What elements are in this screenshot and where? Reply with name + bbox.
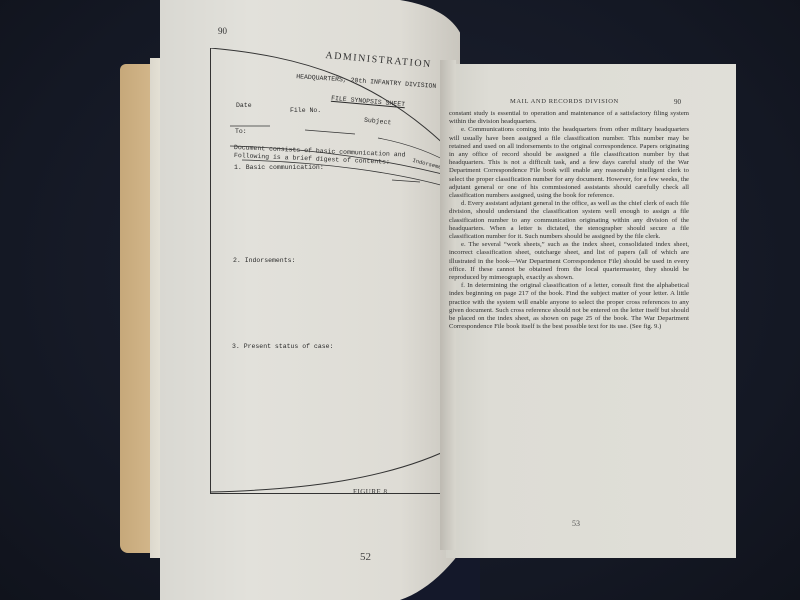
photo-scene: re sol du to 90 ADMINISTRATION HEADQUART…: [0, 0, 800, 600]
item-basic-communication: 1. Basic communication:: [234, 164, 324, 171]
item-indorsements: 2. Indorsements:: [233, 257, 295, 264]
paragraph: f. In determining the original classific…: [449, 282, 689, 331]
paragraph: constant study is essential to operation…: [449, 110, 689, 126]
paragraph: e. The several “work sheets,” such as th…: [449, 241, 689, 282]
file-no-label: File No.: [290, 107, 321, 114]
right-page-body: constant study is essential to operation…: [449, 110, 689, 331]
right-page-number-top: 90: [674, 98, 681, 106]
figure-caption: FIGURE 8.: [353, 488, 390, 496]
left-page-number-bottom: 52: [360, 551, 371, 563]
figure-frame: [210, 48, 451, 494]
left-page-number-top: 90: [218, 26, 227, 36]
paragraph: e. Communications coming into the headqu…: [449, 126, 689, 200]
date-label: Date: [236, 102, 252, 109]
item-present-status: 3. Present status of case:: [232, 343, 333, 350]
to-label: To:: [235, 128, 247, 135]
right-running-head: MAIL AND RECORDS DIVISION: [510, 98, 619, 105]
right-page-number-bottom: 53: [572, 519, 580, 528]
paragraph: d. Every assistant adjutant general in t…: [449, 200, 689, 241]
